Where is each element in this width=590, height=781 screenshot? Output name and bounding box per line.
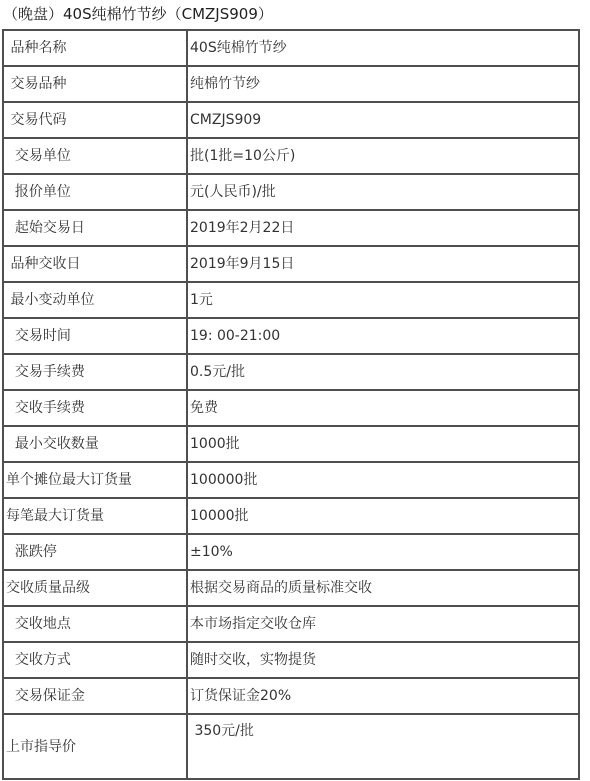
spec-value-cell: 元(人民币)/批 bbox=[187, 174, 579, 210]
spec-value-cell: 10000批 bbox=[187, 498, 579, 534]
spec-value-cell: 1000批 bbox=[187, 426, 579, 462]
table-row: 交收手续费 免费 bbox=[3, 390, 579, 426]
spec-label-cell: 最小交收数量 bbox=[3, 426, 187, 462]
table-row: 交收方式 随时交收，实物提货 bbox=[3, 642, 579, 678]
spec-value-cell: 2019年9月15日 bbox=[187, 246, 579, 282]
table-row: 最小变动单位 1元 bbox=[3, 282, 579, 318]
spec-label-cell: 报价单位 bbox=[3, 174, 187, 210]
spec-label-cell: 品种名称 bbox=[3, 30, 187, 66]
table-row: 涨跌停 ±10% bbox=[3, 534, 579, 570]
spec-label-cell: 最小变动单位 bbox=[3, 282, 187, 318]
table-row: 最小交收数量 1000批 bbox=[3, 426, 579, 462]
spec-value-cell: 订货保证金20% bbox=[187, 678, 579, 714]
spec-label-cell: 涨跌停 bbox=[3, 534, 187, 570]
spec-label-cell: 交收方式 bbox=[3, 642, 187, 678]
page-title: （晚盘）40S纯棉竹节纱（CMZJS909） bbox=[3, 5, 590, 23]
spec-label-cell: 交易手续费 bbox=[3, 354, 187, 390]
table-row: 每笔最大订货量 10000批 bbox=[3, 498, 579, 534]
spec-label-cell: 起始交易日 bbox=[3, 210, 187, 246]
spec-label-cell: 交易单位 bbox=[3, 138, 187, 174]
page: （晚盘）40S纯棉竹节纱（CMZJS909） 品种名称 40S纯棉竹节纱 交易品… bbox=[0, 0, 590, 781]
table-row: 交易代码 CMZJS909 bbox=[3, 102, 579, 138]
spec-value-cell: 批(1批=10公斤) bbox=[187, 138, 579, 174]
table-row: 交收地点 本市场指定交收仓库 bbox=[3, 606, 579, 642]
spec-value-cell: 本市场指定交收仓库 bbox=[187, 606, 579, 642]
table-row: 品种交收日 2019年9月15日 bbox=[3, 246, 579, 282]
table-row: 品种名称 40S纯棉竹节纱 bbox=[3, 30, 579, 66]
spec-value-cell: 40S纯棉竹节纱 bbox=[187, 30, 579, 66]
spec-value-cell: 350元/批 bbox=[187, 714, 579, 779]
table-row: 交易品种 纯棉竹节纱 bbox=[3, 66, 579, 102]
spec-label-cell: 每笔最大订货量 bbox=[3, 498, 187, 534]
table-row: 交易手续费 0.5元/批 bbox=[3, 354, 579, 390]
spec-label-cell: 单个摊位最大订货量 bbox=[3, 462, 187, 498]
spec-label-cell: 上市指导价 bbox=[3, 714, 187, 779]
spec-label-cell: 交易时间 bbox=[3, 318, 187, 354]
spec-value-cell: 100000批 bbox=[187, 462, 579, 498]
spec-value-cell: 随时交收，实物提货 bbox=[187, 642, 579, 678]
table-row: 上市指导价 350元/批 bbox=[3, 714, 579, 779]
table-row: 起始交易日 2019年2月22日 bbox=[3, 210, 579, 246]
spec-label-cell: 交易保证金 bbox=[3, 678, 187, 714]
spec-label-cell: 交收手续费 bbox=[3, 390, 187, 426]
table-row: 报价单位 元(人民币)/批 bbox=[3, 174, 579, 210]
spec-value-cell: 1元 bbox=[187, 282, 579, 318]
table-row: 交易时间 19: 00-21:00 bbox=[3, 318, 579, 354]
spec-value-cell: ±10% bbox=[187, 534, 579, 570]
spec-value-cell: 纯棉竹节纱 bbox=[187, 66, 579, 102]
spec-value-cell: 0.5元/批 bbox=[187, 354, 579, 390]
spec-label-cell: 交收质量品级 bbox=[3, 570, 187, 606]
spec-label-cell: 品种交收日 bbox=[3, 246, 187, 282]
table-row: 交收质量品级 根据交易商品的质量标准交收 bbox=[3, 570, 579, 606]
spec-table: 品种名称 40S纯棉竹节纱 交易品种 纯棉竹节纱 交易代码 CMZJS909 交… bbox=[2, 29, 580, 780]
spec-label-cell: 交易品种 bbox=[3, 66, 187, 102]
spec-label-cell: 交易代码 bbox=[3, 102, 187, 138]
table-row: 单个摊位最大订货量 100000批 bbox=[3, 462, 579, 498]
spec-value-cell: 根据交易商品的质量标准交收 bbox=[187, 570, 579, 606]
spec-label-cell: 交收地点 bbox=[3, 606, 187, 642]
spec-value-cell: 免费 bbox=[187, 390, 579, 426]
table-row: 交易单位 批(1批=10公斤) bbox=[3, 138, 579, 174]
table-row: 交易保证金 订货保证金20% bbox=[3, 678, 579, 714]
spec-value-cell: CMZJS909 bbox=[187, 102, 579, 138]
spec-value-cell: 19: 00-21:00 bbox=[187, 318, 579, 354]
spec-value-cell: 2019年2月22日 bbox=[187, 210, 579, 246]
